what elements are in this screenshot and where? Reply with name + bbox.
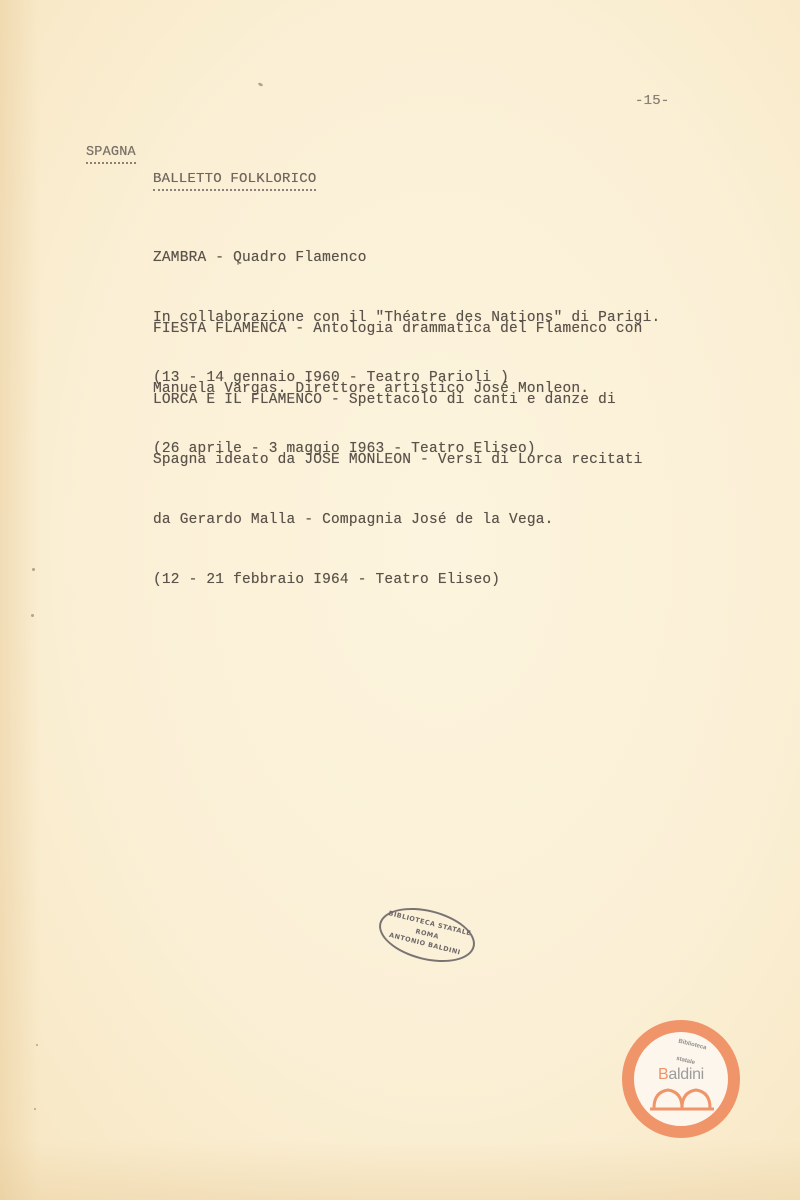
open-book-icon bbox=[650, 1086, 714, 1112]
logo-name-rest: aldini bbox=[668, 1066, 704, 1083]
logo-initial: B bbox=[658, 1066, 668, 1083]
baldini-library-logo: Biblioteca statale Baldini bbox=[622, 1020, 740, 1138]
country-heading: SPAGNA bbox=[86, 145, 136, 164]
entry-detail-line: Spagna ideato da JOSE MONLEON - Versi di… bbox=[153, 450, 643, 470]
paper-speck bbox=[258, 82, 264, 87]
entry-title-line: ZAMBRA - Quadro Flamenco bbox=[153, 248, 660, 268]
library-stamp: BIBLIOTECA STATALE ROMA ANTONIO BALDINI bbox=[373, 899, 480, 971]
paper-speck bbox=[32, 568, 35, 571]
performance-entry: LORCA E IL FLAMENCO - Spettacolo di cant… bbox=[153, 350, 643, 610]
paper-speck bbox=[237, 262, 239, 265]
paper-edge-shade-bottom bbox=[0, 1140, 800, 1200]
paper-speck bbox=[34, 1108, 36, 1110]
page-number: -15- bbox=[635, 93, 669, 109]
section-heading: BALLETTO FOLKLORICO bbox=[153, 171, 316, 191]
entry-detail-line: da Gerardo Malla - Compagnia José de la … bbox=[153, 510, 643, 530]
entry-title-line: FIESTA FLAMENCA - Antologia drammatica d… bbox=[153, 319, 643, 339]
paper-edge-shade bbox=[0, 0, 40, 1200]
entry-title-line: LORCA E IL FLAMENCO - Spettacolo di cant… bbox=[153, 390, 643, 410]
paper-speck bbox=[31, 614, 34, 617]
logo-name: Baldini bbox=[658, 1066, 704, 1084]
entry-date-line: (12 - 21 febbraio I964 - Teatro Eliseo) bbox=[153, 570, 643, 590]
paper-speck bbox=[36, 1044, 38, 1046]
